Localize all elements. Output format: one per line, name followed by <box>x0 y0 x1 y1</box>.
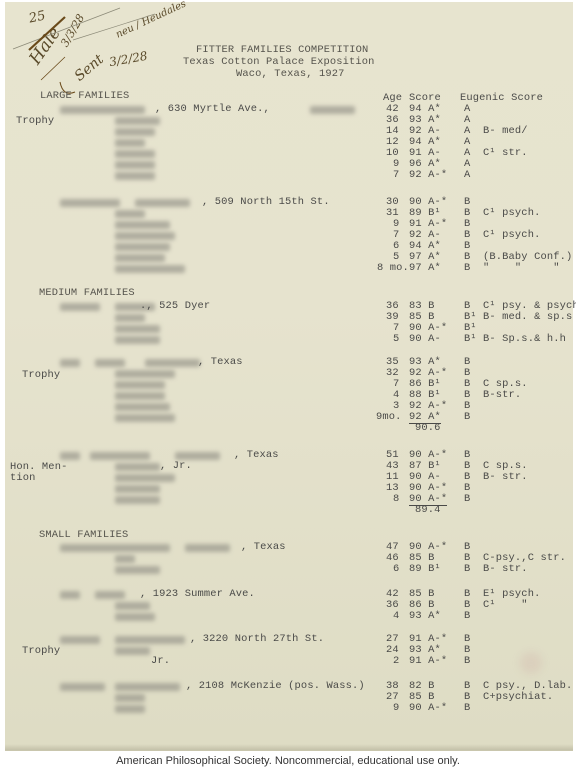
eugenic-note: C¹ psych. <box>483 230 540 241</box>
eugenic-grade: B <box>464 611 470 622</box>
redacted-name <box>115 314 145 322</box>
redacted-name <box>115 370 175 378</box>
award-label: Trophy <box>16 116 54 127</box>
eugenic-note: B- med/ <box>483 126 528 137</box>
member-score: 90 A- <box>409 334 441 345</box>
redacted-name <box>95 591 125 599</box>
eugenic-note: C¹ psych. <box>483 208 540 219</box>
eugenic-note: B-str. <box>483 390 521 401</box>
document-subtitle: Texas Cotton Palace Exposition <box>183 57 375 68</box>
redacted-name <box>60 452 80 460</box>
redacted-name <box>60 106 145 114</box>
redacted-name <box>60 544 170 552</box>
document-title: FITTER FAMILIES COMPETITION <box>196 45 368 56</box>
member-age: 2 <box>393 656 399 667</box>
redacted-name <box>60 303 100 311</box>
member-age: 9 <box>393 703 399 714</box>
column-eugenic: Eugenic Score <box>460 93 543 104</box>
family-address: , Texas <box>234 450 279 461</box>
eugenic-grade: B <box>464 564 470 575</box>
member-score: 97 A* <box>409 263 441 274</box>
redacted-name <box>115 265 185 273</box>
eugenic-grade: B¹ <box>464 334 477 345</box>
redacted-name <box>115 139 145 147</box>
member-age: 9mo. <box>376 412 402 423</box>
redacted-name <box>115 555 135 563</box>
redacted-name <box>60 199 120 207</box>
pencil-strokes <box>5 2 205 102</box>
redacted-name <box>115 474 175 482</box>
family-average: 90.6 <box>415 423 441 434</box>
family-address: , 3220 North 27th St. <box>190 634 324 645</box>
redacted-name <box>115 336 160 344</box>
redacted-name <box>115 232 175 240</box>
award-label: Trophy <box>22 646 60 657</box>
redacted-name <box>115 254 165 262</box>
member-score: 91 A-* <box>409 656 447 667</box>
eugenic-note: B- str. <box>483 472 528 483</box>
family-average: 89.4 <box>415 505 441 516</box>
member-age: 8 mo. <box>377 263 409 274</box>
eugenic-note: C¹ str. <box>483 148 528 159</box>
member-score: 89 B¹ <box>409 564 441 575</box>
member-age: 4 <box>393 611 399 622</box>
redacted-name <box>115 381 165 389</box>
redacted-name <box>175 452 220 460</box>
stain <box>520 652 542 674</box>
eugenic-grade: B <box>464 494 470 505</box>
redacted-name <box>115 694 145 702</box>
redacted-name <box>115 243 170 251</box>
family-address: , Texas <box>198 357 243 368</box>
member-score: 93 A* <box>409 611 441 622</box>
name-suffix: Jr. <box>151 656 170 667</box>
section-title: LARGE FAMILIES <box>40 91 129 102</box>
eugenic-grade: B <box>464 656 470 667</box>
eugenic-note: B- med. & sp.s <box>483 312 572 323</box>
award-label: Hon. Men- tion <box>10 462 67 484</box>
member-age: 6 <box>393 564 399 575</box>
member-score: 92 A-* <box>409 170 447 181</box>
eugenic-note: C+psychiat. <box>483 692 553 703</box>
redacted-name <box>115 128 155 136</box>
name-suffix: , Jr. <box>160 461 192 472</box>
redacted-name <box>115 566 160 574</box>
redacted-name <box>95 359 125 367</box>
redacted-name <box>60 636 100 644</box>
eugenic-grade: B <box>464 412 470 423</box>
redacted-name <box>115 463 160 471</box>
redacted-name <box>185 544 230 552</box>
redacted-name <box>115 636 185 644</box>
member-age: 5 <box>393 334 399 345</box>
document-location: Waco, Texas, 1927 <box>236 69 345 80</box>
family-address: , 2108 McKenzie (pos. Wass.) <box>186 681 365 692</box>
redacted-name <box>115 172 155 180</box>
redacted-name <box>115 392 165 400</box>
redacted-name <box>115 414 175 422</box>
redacted-name <box>90 452 150 460</box>
section-title: SMALL FAMILIES <box>39 530 128 541</box>
member-age: 8 <box>393 494 399 505</box>
redacted-name <box>115 325 160 333</box>
family-address: , Texas <box>241 542 286 553</box>
eugenic-note: B- str. <box>483 564 528 575</box>
eugenic-grade: B <box>464 703 470 714</box>
redacted-name <box>60 683 105 691</box>
redacted-name <box>115 150 155 158</box>
redacted-name <box>115 602 150 610</box>
eugenic-note: C¹ " <box>483 600 528 611</box>
footer-credit: American Philosophical Society. Noncomme… <box>0 755 576 767</box>
eugenic-grade: A <box>464 170 470 181</box>
redacted-name <box>310 106 355 114</box>
member-age: 7 <box>393 170 399 181</box>
redacted-name <box>115 210 145 218</box>
family-address: ., 525 Dyer <box>140 301 210 312</box>
family-address: , 1923 Summer Ave. <box>140 589 255 600</box>
redacted-name <box>115 705 145 713</box>
redacted-name <box>115 496 160 504</box>
document-page: 25 Hale 3/3/28 Sent neu / Heudales 3/2/2… <box>5 2 573 751</box>
redacted-name <box>115 117 160 125</box>
redacted-name <box>135 199 190 207</box>
family-address: , 630 Myrtle Ave., <box>155 104 270 115</box>
redacted-name <box>115 161 155 169</box>
eugenic-note: " " " <box>483 263 560 274</box>
redacted-name <box>115 613 155 621</box>
redacted-name <box>115 403 170 411</box>
section-title: MEDIUM FAMILIES <box>39 288 135 299</box>
redacted-name <box>115 647 150 655</box>
eugenic-grade: B <box>464 263 470 274</box>
redacted-name <box>60 359 80 367</box>
eugenic-note: B- Sp.s.& h.h <box>483 334 566 345</box>
award-label: Trophy <box>22 370 60 381</box>
redacted-name <box>115 485 160 493</box>
redacted-name <box>115 683 180 691</box>
family-address: , 509 North 15th St. <box>202 197 330 208</box>
member-score: 90 A-* <box>409 703 447 714</box>
redacted-name <box>60 591 80 599</box>
redacted-name <box>145 359 200 367</box>
redacted-name <box>115 221 170 229</box>
